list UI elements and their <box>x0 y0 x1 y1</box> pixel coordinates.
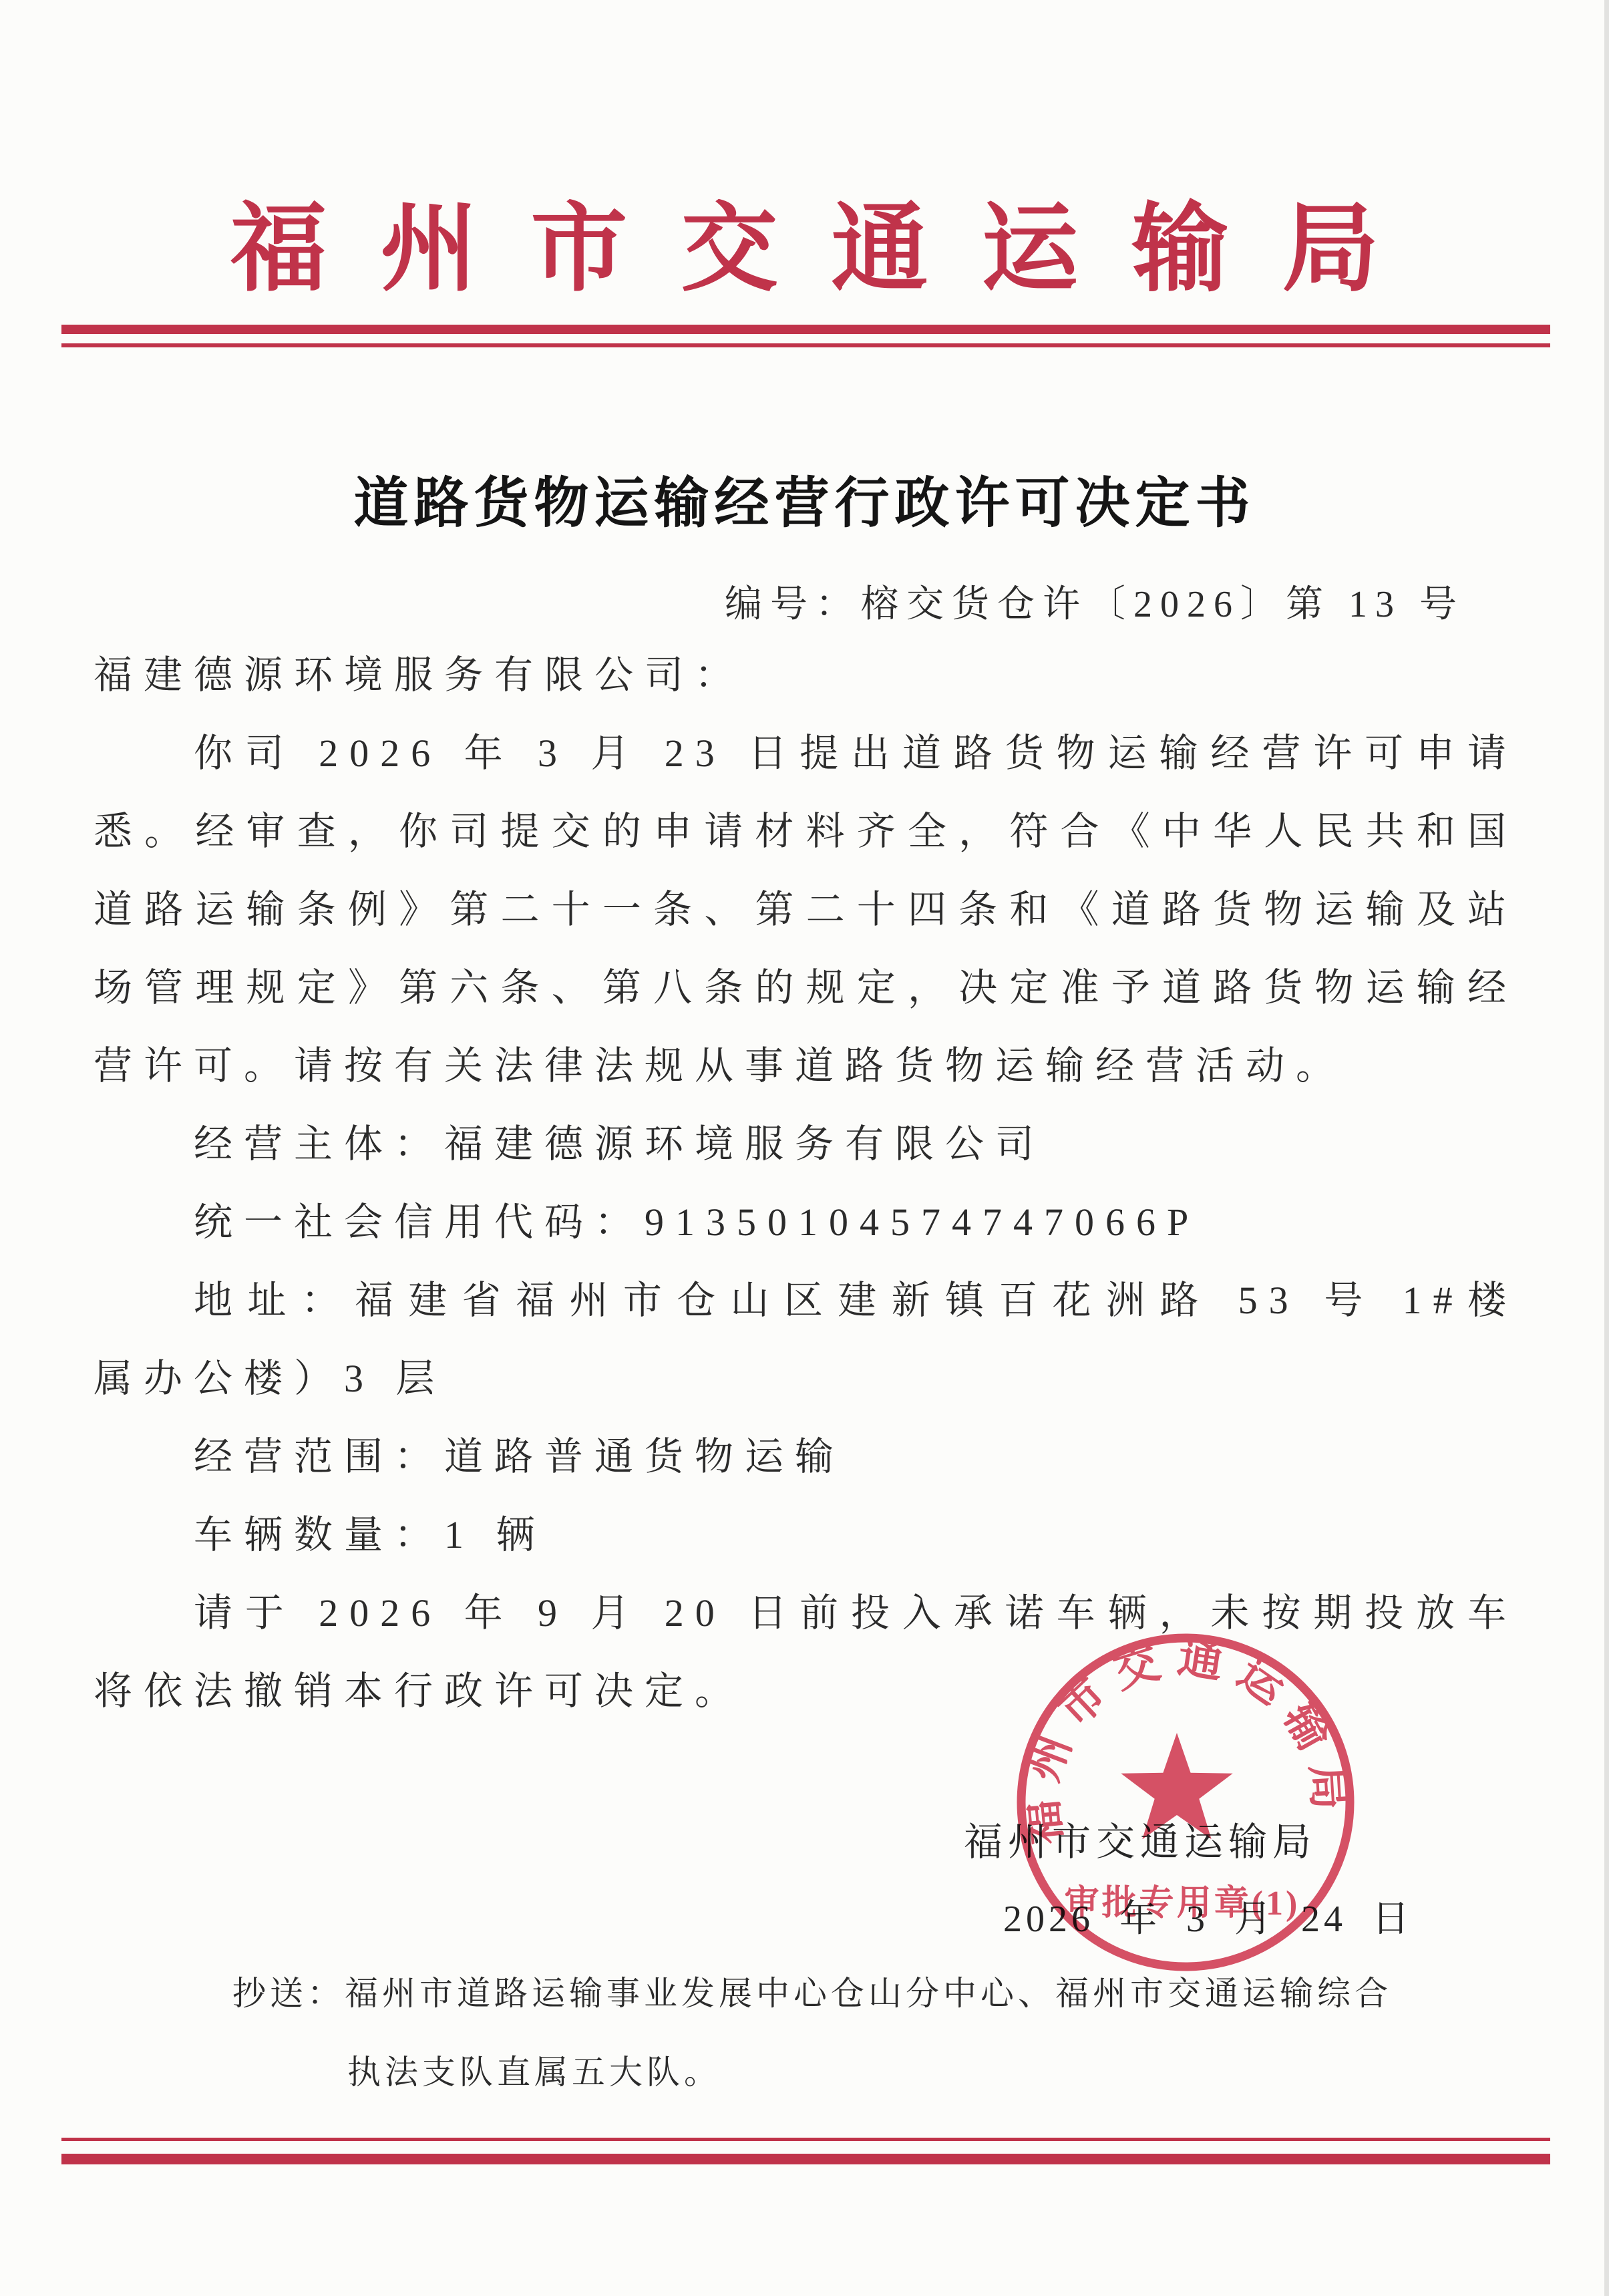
seal-caption: 审批专用章(1) <box>1065 1884 1300 1923</box>
document-body: 福建德源环境服务有限公司：你司 2026 年 3 月 23 日提出道路货物运输经… <box>94 636 1517 1730</box>
footer-rule-thin <box>61 2138 1550 2141</box>
license-decision-document: 福州市交通运输局 道路货物运输经营行政许可决定书 编号：榕交货仓许〔2026〕第… <box>0 0 1609 2296</box>
document-number: 编号：榕交货仓许〔2026〕第 13 号 <box>725 575 1465 628</box>
scan-edge-artifact <box>1604 0 1609 2296</box>
seal-star-icon <box>1121 1733 1232 1839</box>
document-title: 道路货物运输经营行政许可决定书 <box>0 460 1609 538</box>
body-line: 营许可。请按有关法律法规从事道路货物运输经营活动。 <box>94 1027 1517 1105</box>
body-line: 悉。经审查，你司提交的申请材料齐全，符合《中华人民共和国 <box>94 792 1517 870</box>
body-line: 你司 2026 年 3 月 23 日提出道路货物运输经营许可申请收 <box>94 714 1517 792</box>
body-line: 统一社会信用代码：91350104574747066P <box>94 1183 1517 1261</box>
body-line: 福建德源环境服务有限公司： <box>94 636 1517 714</box>
cc-line-continued: 执法支队直属五大队。 <box>347 2045 721 2094</box>
body-line: 场管理规定》第六条、第八条的规定，决定准予道路货物运输经 <box>94 949 1517 1027</box>
agency-header: 福州市交通运输局 <box>0 199 1609 301</box>
body-line: 地址：福建省福州市仓山区建新镇百花洲路 53 号 1#楼（附 <box>94 1261 1517 1339</box>
official-seal: 福州市交通运输局 审批专用章(1) <box>999 1615 1373 1989</box>
body-line: 经营主体：福建德源环境服务有限公司 <box>94 1105 1517 1183</box>
body-line: 车辆数量：1 辆 <box>94 1496 1517 1574</box>
cc-label: 抄送： <box>232 1975 345 2012</box>
body-line: 经营范围：道路普通货物运输 <box>94 1418 1517 1496</box>
cc-line: 抄送：福州市道路运输事业发展中心仓山分中心、福州市交通运输综合 <box>232 1967 1392 2015</box>
letterhead-rule-thick <box>61 325 1550 334</box>
body-line: 属办公楼）3 层 <box>94 1339 1517 1418</box>
body-line: 道路运输条例》第二十一条、第二十四条和《道路货物运输及站 <box>94 870 1517 949</box>
letterhead-rule-thin <box>61 343 1550 347</box>
footer-rule-thick <box>61 2154 1550 2164</box>
cc-text: 福州市道路运输事业发展中心仓山分中心、福州市交通运输综合 <box>345 1975 1392 2012</box>
